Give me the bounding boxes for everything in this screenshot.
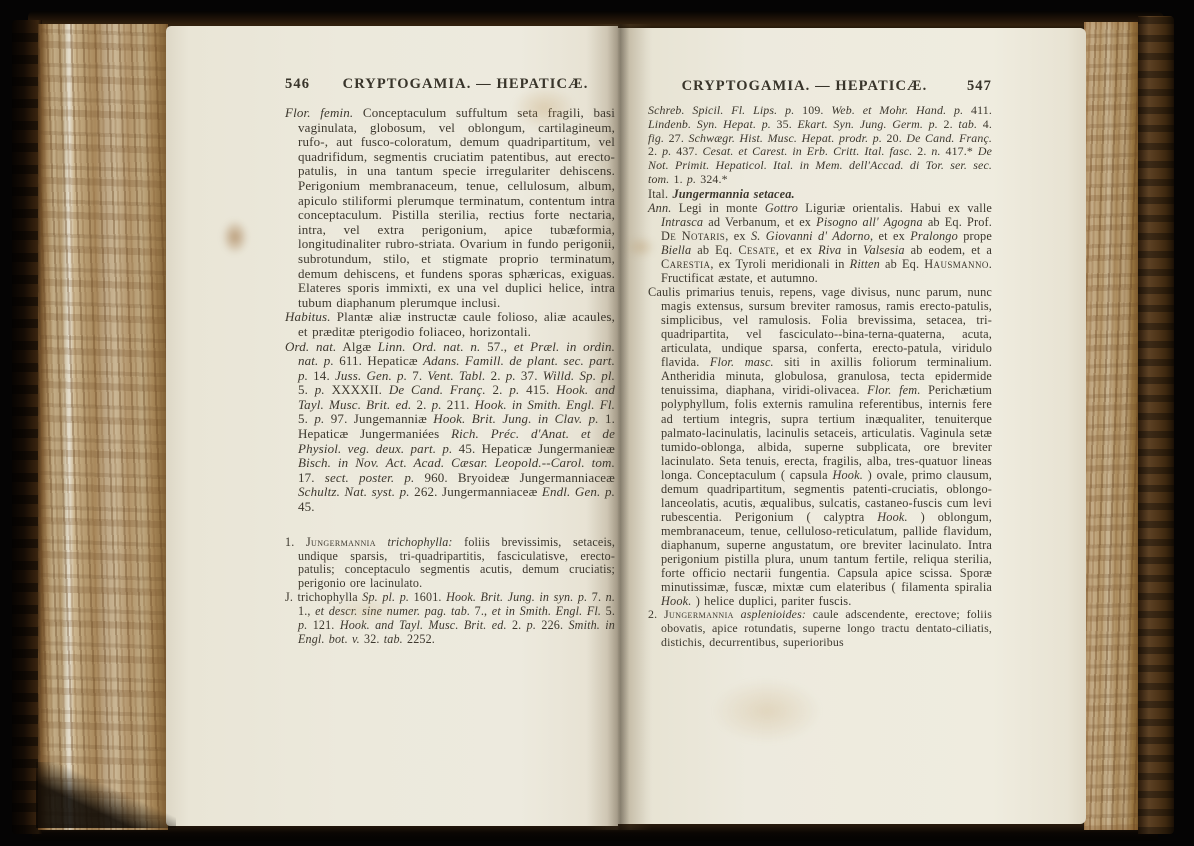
text-segment: prope — [958, 229, 992, 243]
text-segment: Cesate — [738, 243, 776, 257]
text-segment: 437. — [671, 144, 702, 158]
text-segment: Sp. pl. p. — [362, 590, 409, 604]
text-segment: tab. — [384, 632, 403, 646]
text-segment: De Cand. Franç. — [389, 382, 486, 397]
left-page-text-column: 546 CRYPTOGAMIA. — HEPATICÆ. Flor. femin… — [285, 76, 615, 647]
text-segment: 2. — [648, 607, 664, 621]
text-segment: 17. — [298, 470, 325, 485]
text-segment: Jungermannia setacea. — [672, 187, 794, 201]
text-segment: 97. Jungemanniæ — [324, 411, 433, 426]
text-segment: Biella — [661, 243, 691, 257]
text-segment: 32. — [360, 632, 384, 646]
right-page-number: 547 — [967, 78, 992, 95]
text-segment: 960. Bryoideæ Jungermanniaceæ — [414, 470, 615, 485]
text-segment: 37. — [516, 368, 543, 383]
text-segment: 1. — [669, 172, 686, 186]
text-segment: , et ex — [776, 243, 818, 257]
text-segment: 324.* — [696, 172, 728, 186]
text-segment: Ord. nat. — [285, 339, 336, 354]
text-segment: in — [841, 243, 863, 257]
text-segment: p. — [662, 144, 671, 158]
text-segment: 611. Hepaticæ — [334, 353, 423, 368]
text-segment: , ex Tyroli meridionali in — [710, 257, 849, 271]
text-segment: 2. — [411, 397, 431, 412]
right-running-title: CRYPTOGAMIA. — HEPATICÆ. — [648, 78, 961, 95]
text-segment: 415. — [519, 382, 556, 397]
text-segment: Conceptaculum suffultum seta fragili, ba… — [298, 105, 615, 310]
paragraph: Ord. nat. Algæ Linn. Ord. nat. n. 57., e… — [285, 340, 615, 515]
right-fore-edge — [1084, 22, 1138, 830]
text-segment: 14. — [308, 368, 335, 383]
text-segment: n. — [606, 590, 615, 604]
text-segment: Jungermannia — [664, 607, 734, 621]
text-segment: 7., — [470, 604, 492, 618]
text-segment: 20. — [882, 131, 906, 145]
text-segment: Ann. — [648, 201, 671, 215]
text-segment: 1601. — [409, 590, 446, 604]
text-segment: 211. — [442, 397, 475, 412]
text-segment: 35. — [771, 117, 798, 131]
text-segment: Linn. Ord. nat. n. — [378, 339, 481, 354]
text-segment: Lindenb. Syn. Hepat. p. — [648, 117, 771, 131]
text-segment: ab eodem, et a — [905, 243, 992, 257]
text-segment: Juss. Gen. p. — [335, 368, 407, 383]
text-segment: 121. — [307, 618, 339, 632]
text-segment: Hook. and Tayl. Musc. Brit. ed. — [340, 618, 507, 632]
text-segment: trichophylla: — [388, 535, 453, 549]
paragraph: Ann. Legi in monte Gottro Liguriæ orient… — [648, 201, 992, 285]
text-segment: tab. — [958, 117, 977, 131]
text-segment: 1. — [285, 535, 306, 549]
book-photo: 546 CRYPTOGAMIA. — HEPATICÆ. Flor. femin… — [0, 0, 1194, 846]
paragraph: 2. Jungermannia asplenioides: caule adsc… — [648, 608, 992, 649]
text-segment: 1., — [298, 604, 315, 618]
text-segment: Hook. — [832, 468, 862, 482]
paragraph: Ital. Jungermannia setacea. — [648, 187, 992, 201]
text-segment: Pisogno all' Agogna — [816, 215, 923, 229]
text-segment: p. — [314, 411, 324, 426]
text-segment: 2. — [486, 382, 510, 397]
text-segment: p. — [298, 618, 307, 632]
text-segment: Pralongo — [910, 229, 958, 243]
text-segment: Ritten — [850, 257, 880, 271]
text-segment: Web. et Mohr. Hand. p. — [831, 103, 963, 117]
text-segment: 2. — [507, 618, 527, 632]
text-segment: Algæ — [336, 339, 377, 354]
text-segment: Valsesia — [863, 243, 905, 257]
text-segment: Intrasca — [661, 215, 703, 229]
text-segment: 5. — [601, 604, 615, 618]
text-segment: Legi in monte — [671, 201, 764, 215]
text-segment: 57., — [480, 339, 513, 354]
text-segment: , et ex — [870, 229, 910, 243]
text-segment: et in Smith. Engl. Fl. — [492, 604, 601, 618]
left-page-number: 546 — [285, 76, 310, 93]
right-cover-leather — [1138, 16, 1174, 834]
text-segment: p. — [687, 172, 696, 186]
right-running-head: CRYPTOGAMIA. — HEPATICÆ. 547 — [648, 78, 992, 95]
text-segment: Hook. Brit. Jung. in Clav. p. — [433, 411, 598, 426]
text-segment: Hook. in Smith. Engl. Fl. — [475, 397, 615, 412]
right-page-body: Schreb. Spicil. Fl. Lips. p. 109. Web. e… — [648, 104, 992, 650]
text-segment: 4. — [977, 117, 992, 131]
text-segment — [734, 607, 741, 621]
right-page-text-column: CRYPTOGAMIA. — HEPATICÆ. 547 Schreb. Spi… — [648, 78, 992, 650]
text-segment — [376, 535, 388, 549]
text-segment: asplenioides: — [741, 607, 806, 621]
paragraph: Flor. femin. Conceptaculum suffultum set… — [285, 106, 615, 310]
text-segment: 7. — [407, 368, 427, 383]
text-segment: Hook. — [661, 594, 691, 608]
text-segment: 411. — [963, 103, 992, 117]
text-segment: p. — [432, 397, 442, 412]
text-segment: Hook. Brit. Jung. in syn. p. — [446, 590, 587, 604]
text-segment: Hook. — [877, 510, 907, 524]
text-segment: 2. — [912, 144, 931, 158]
text-segment: Flor. fem. — [867, 383, 920, 397]
text-segment: Habitus. — [285, 309, 331, 324]
text-segment: Ital. — [648, 187, 672, 201]
text-segment: p. — [315, 382, 325, 397]
text-segment: p. — [527, 618, 536, 632]
text-segment: 7. — [587, 590, 605, 604]
text-segment: De Notaris — [661, 229, 725, 243]
left-running-title: CRYPTOGAMIA. — HEPATICÆ. — [316, 76, 615, 93]
text-segment: Schwægr. Hist. Musc. Hepat. prodr. p. — [689, 131, 882, 145]
text-segment: 417.* — [941, 144, 978, 158]
text-segment: 2. — [938, 117, 958, 131]
text-segment: 45. — [298, 499, 315, 514]
text-segment: 45. Hepaticæ Jungermanieæ — [452, 441, 615, 456]
text-segment: Hausmanno — [924, 257, 989, 271]
text-segment: fig. — [648, 131, 664, 145]
text-segment: 262. Jungermanniaceæ — [410, 484, 542, 499]
text-segment: ab Eq. — [691, 243, 738, 257]
text-segment: ab Eq. Prof. — [923, 215, 992, 229]
text-segment: Riva — [818, 243, 841, 257]
text-segment: Liguriæ orientalis. Habui ex valle — [798, 201, 992, 215]
text-segment: Jungermannia — [306, 535, 376, 549]
text-segment: Ekart. Syn. Jung. Germ. p. — [798, 117, 938, 131]
text-segment: et descr. sine numer. pag. tab. — [315, 604, 470, 618]
text-segment: Plantæ aliæ instructæ caule folioso, ali… — [298, 309, 615, 339]
left-fore-edge — [38, 24, 168, 830]
paragraph: 1. Jungermannia trichophylla: foliis bre… — [285, 536, 615, 592]
text-segment: Endl. Gen. p. — [542, 484, 615, 499]
text-segment: Schreb. Spicil. Fl. Lips. p. — [648, 103, 794, 117]
text-segment: 5. — [298, 382, 315, 397]
text-segment: Gottro — [765, 201, 798, 215]
text-segment: n. — [931, 144, 940, 158]
text-segment: ) helice duplici, pariter fuscis. — [691, 594, 851, 608]
text-segment: 226. — [536, 618, 568, 632]
text-segment: Carestia — [661, 257, 710, 271]
text-segment: Bisch. in Nov. Act. Acad. Cæsar. Leopold… — [298, 455, 615, 470]
text-segment: p. — [506, 368, 516, 383]
text-segment: Schultz. Nat. syst. p. — [298, 484, 410, 499]
text-segment: , ex — [725, 229, 751, 243]
text-segment: Cesat. et Carest. in Erb. Critt. Ital. f… — [703, 144, 913, 158]
text-segment: sect. poster. p. — [325, 470, 415, 485]
text-segment: 2252. — [403, 632, 435, 646]
text-segment: ab Eq. — [880, 257, 924, 271]
paragraph: Habitus. Plantæ aliæ instructæ caule fol… — [285, 310, 615, 339]
paragraph: J. trichophylla Sp. pl. p. 1601. Hook. B… — [285, 591, 615, 647]
text-segment: S. Giovanni d' Adorno — [751, 229, 870, 243]
text-segment: Willd. Sp. pl. — [543, 368, 615, 383]
text-segment: Vent. Tabl. — [427, 368, 485, 383]
paragraph: Schreb. Spicil. Fl. Lips. p. 109. Web. e… — [648, 104, 992, 187]
left-page-body: Flor. femin. Conceptaculum suffultum set… — [285, 106, 615, 647]
text-segment: p. — [509, 382, 519, 397]
text-segment: J. trichophylla — [285, 590, 362, 604]
text-segment: 2. — [648, 144, 662, 158]
text-segment: 27. — [664, 131, 688, 145]
text-segment: Flor. femin. — [285, 105, 353, 120]
text-segment: 109. — [794, 103, 831, 117]
left-running-head: 546 CRYPTOGAMIA. — HEPATICÆ. — [285, 76, 615, 93]
text-segment: Flor. masc. — [710, 355, 774, 369]
text-segment: 5. — [298, 411, 314, 426]
text-segment: XXXXII. — [325, 382, 389, 397]
text-segment: ad Verbanum, et ex — [703, 215, 816, 229]
paragraph: Caulis primarius tenuis, repens, vage di… — [648, 285, 992, 608]
text-segment: De Cand. Franç. — [906, 131, 992, 145]
text-segment: 2. — [486, 368, 506, 383]
